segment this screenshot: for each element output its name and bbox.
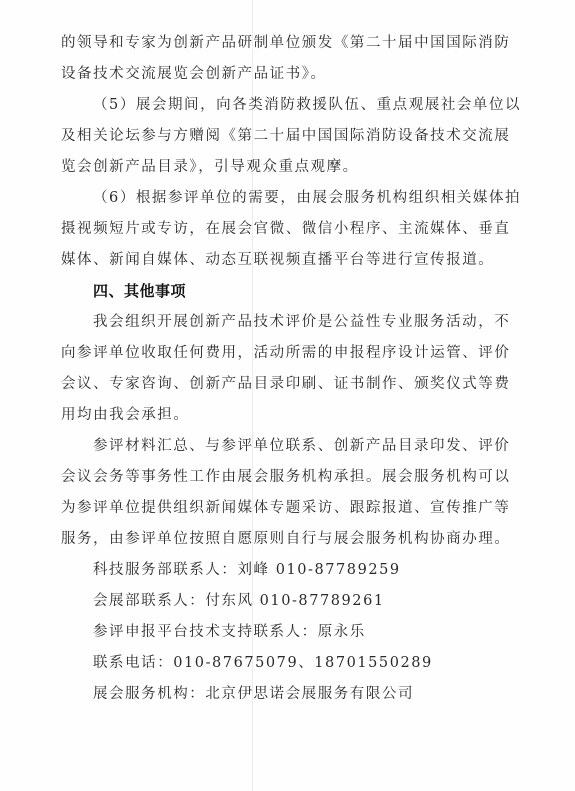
paragraph-item-5: （5）展会期间，向各类消防救援队伍、重点观展社会单位以 bbox=[61, 90, 517, 121]
contact-exhibition-dept: 会展部联系人：付东风 010-87789261 bbox=[61, 586, 517, 617]
paragraph-line: 服务，由参评单位按照自愿原则自行与展会服务机构协商办理。 bbox=[61, 524, 517, 555]
contact-phone: 联系电话：010-87675079、18701550289 bbox=[61, 648, 517, 679]
paragraph-line: 的领导和专家为创新产品研制单位颁发《第二十届中国国际消防 bbox=[61, 28, 517, 59]
contact-tech-service: 科技服务部联系人：刘峰 010-87789259 bbox=[61, 555, 517, 586]
paragraph-line: 及相关论坛参与方赠阅《第二十届中国国际消防设备技术交流展 bbox=[61, 121, 517, 152]
paragraph-line: 我会组织开展创新产品技术评价是公益性专业服务活动，不 bbox=[61, 307, 517, 338]
exhibition-service-agency: 展会服务机构：北京伊思诺会展服务有限公司 bbox=[61, 679, 517, 710]
paragraph-line: 参评材料汇总、与参评单位联系、创新产品目录印发、评价 bbox=[61, 431, 517, 462]
paragraph-line: 会议、专家咨询、创新产品目录印刷、证书制作、颁奖仪式等费 bbox=[61, 369, 517, 400]
paragraph-line: 为参评单位提供组织新闻媒体专题采访、跟踪报道、宣传推广等 bbox=[61, 493, 517, 524]
paragraph-line: 用均由我会承担。 bbox=[61, 400, 517, 431]
paragraph-line: 向参评单位收取任何费用，活动所需的申报程序设计运管、评价 bbox=[61, 338, 517, 369]
paragraph-line: 媒体、新闻自媒体、动态互联视频直播平台等进行宣传报道。 bbox=[61, 245, 517, 276]
document-body: 的领导和专家为创新产品研制单位颁发《第二十届中国国际消防 设备技术交流展览会创新… bbox=[61, 28, 517, 710]
section-heading-other-matters: 四、其他事项 bbox=[61, 276, 517, 307]
document-page: 的领导和专家为创新产品研制单位颁发《第二十届中国国际消防 设备技术交流展览会创新… bbox=[0, 0, 575, 791]
paragraph-line: 会议会务等事务性工作由展会服务机构承担。展会服务机构可以 bbox=[61, 462, 517, 493]
paragraph-line: 摄视频短片或专访，在展会官微、微信小程序、主流媒体、垂直 bbox=[61, 214, 517, 245]
contact-platform-support: 参评申报平台技术支持联系人：原永乐 bbox=[61, 617, 517, 648]
paragraph-item-6: （6）根据参评单位的需要，由展会服务机构组织相关媒体拍 bbox=[61, 183, 517, 214]
paragraph-line: 设备技术交流展览会创新产品证书》。 bbox=[61, 59, 517, 90]
paragraph-line: 览会创新产品目录》，引导观众重点观摩。 bbox=[61, 152, 517, 183]
